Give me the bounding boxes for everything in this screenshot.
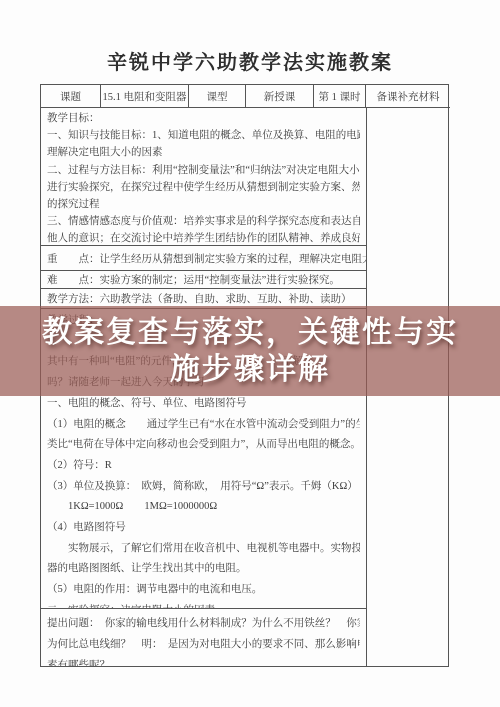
text-line: 1KΩ=1000Ω 1MΩ=1000000Ω [47,497,360,518]
text-line: 他人的意识；在交流讨论中培养学生团结协作的团队精神、养成良好的学习惯。 [47,230,360,246]
header-cell-lesson-type-label: 课型 [189,85,246,108]
text-line: 为何比总电线细？ 明： 是因为对电阻大小的要求不同、那么影响电阻大小的因 [47,634,360,655]
key-point-row: 重 点：让学生经历从猜想到制定实验方案的过程，理解决定电阻大小的因素。 [41,246,366,271]
text-line: （4）电路图符号 [47,518,360,539]
header-cell-period: 第 1 课时 [314,85,366,108]
text-line: 教学目标： [47,110,360,127]
text-line: 提出问题： 你家的输电线用什么材料制成？为什么不用铁丝？ 你家安装的电线 [47,613,360,634]
header-cell-subject-label: 课题 [41,85,101,108]
header-cell-subject-value: 15.1 电阻和变阻器 [101,85,189,108]
text-line: 素有哪些呢？ [47,655,360,666]
text-line: 三、情感情感态度与价值观：培养实事求是的科学探究态度和表达自己观点尊重 [47,213,360,230]
text-line: 类比“电荷在导体中定向移动也会受到阻力”，从而导出电阻的概念。 [47,435,360,456]
text-line: （3）单位及换算： 欧姆，简称欧， 用符号“Ω”表示。千姆（KΩ） 姆（MΩ） [47,477,360,498]
promo-overlay: 教案复查与落实，关键性与实 施步骤详解 [0,306,500,396]
text-line: 二、实验探究：决定电阻大小的因素 [47,601,360,609]
text-line: 的探究过程 [47,196,360,213]
text-line: 器的电路图图纸、让学生找出其中的电阻。 [47,559,360,580]
teaching-goals-cell: 教学目标：一、知识与技能目标：1、知道电阻的概念、单位及换算、电阻的电路图符号。… [41,108,366,246]
text-line: （5）电阻的作用：调节电器中的电流和电压。 [47,580,360,601]
text-line: 一、电阻的概念、符号、单位、电路图符号 [47,394,360,415]
header-cell-supplement: 备课补充材料 [366,85,450,108]
difficult-point-row: 难 点：实验方案的制定；运用“控制变量法”进行实验探究。 [41,271,366,289]
text-line: （1）电阻的概念 通过学生已有“水在水管中流动会受到阻力”的生活经验 [47,415,360,436]
text-line: 一、知识与技能目标：1、知道电阻的概念、单位及换算、电阻的电路图符号。2、 [47,127,360,144]
promo-overlay-line1: 教案复查与落实，关键性与实 [42,314,458,351]
document-page: 辛锐中学六助教学法实施教案 课题 15.1 电阻和变阻器 课型 新授课 第 1 … [0,0,500,707]
question-row: 提出问题： 你家的输电线用什么材料制成？为什么不用铁丝？ 你家安装的电线为何比总… [41,609,366,666]
text-line: 二、过程与方法目标：利用“控制变量法”和“归纳法”对决定电阻大小的因素 [47,162,360,179]
document-title: 辛锐中学六助教学法实施教案 [0,46,500,75]
text-line: 理解决定电阻大小的因素 [47,144,360,161]
promo-overlay-line2: 施步骤详解 [170,351,330,388]
text-line: 实物展示，了解它们常用在收音机中、电视机等电器中。实物投影几种用电 [47,539,360,560]
text-line: 进行实验探究，在探究过程中使学生经历从猜想到制定实验方案、然后进行实验 [47,179,360,196]
header-cell-lesson-type-value: 新授课 [246,85,314,108]
text-line: （2）符号：R [47,456,360,477]
